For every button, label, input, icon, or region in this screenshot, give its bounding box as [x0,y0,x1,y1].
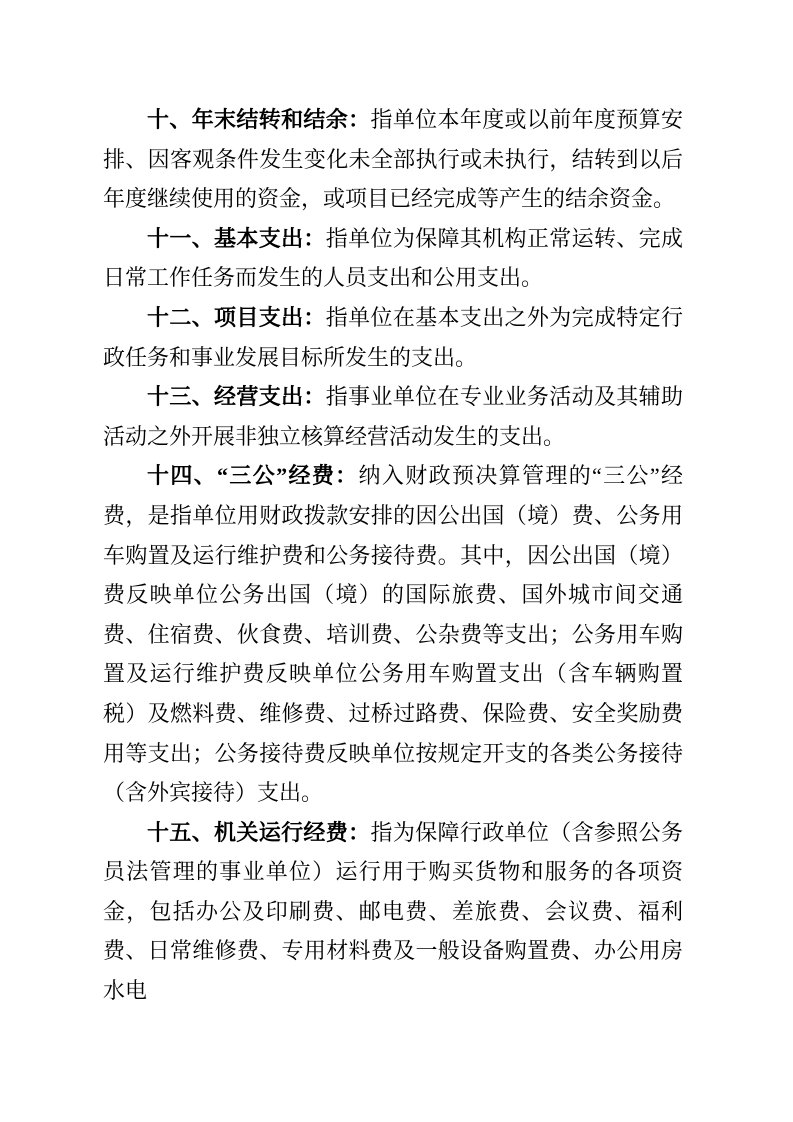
document-body: 十、年末结转和结余：指单位本年度或以前年度预算安排、因客观条件发生变化未全部执行… [103,100,683,1011]
document-page: 十、年末结转和结余：指单位本年度或以前年度预算安排、因客观条件发生变化未全部执行… [0,0,793,1122]
definition-paragraph: 十、年末结转和结余：指单位本年度或以前年度预算安排、因客观条件发生变化未全部执行… [103,100,683,219]
term-heading: 十二、项目支出： [147,305,326,330]
term-definition: 纳入财政预决算管理的“三公”经费，是指单位用财政拨款安排的因公出国（境）费、公务… [103,463,683,805]
definition-paragraph: 十二、项目支出：指单位在基本支出之外为完成特定行政任务和事业发展目标所发生的支出… [103,298,683,377]
definition-paragraph: 十四、“三公”经费：纳入财政预决算管理的“三公”经费，是指单位用财政拨款安排的因… [103,456,683,812]
definition-paragraph: 十一、基本支出：指单位为保障其机构正常运转、完成日常工作任务而发生的人员支出和公… [103,219,683,298]
term-heading: 十三、经营支出： [147,384,326,409]
definition-paragraph: 十三、经营支出：指事业单位在专业业务活动及其辅助活动之外开展非独立核算经营活动发… [103,377,683,456]
term-heading: 十四、“三公”经费： [147,463,359,488]
term-heading: 十一、基本支出： [147,226,326,251]
term-heading: 十、年末结转和结余： [147,107,370,132]
definition-paragraph: 十五、机关运行经费：指为保障行政单位（含参照公务员法管理的事业单位）运行用于购买… [103,813,683,1011]
term-heading: 十五、机关运行经费： [147,820,370,845]
term-definition: 指为保障行政单位（含参照公务员法管理的事业单位）运行用于购买货物和服务的各项资金… [103,820,683,1003]
